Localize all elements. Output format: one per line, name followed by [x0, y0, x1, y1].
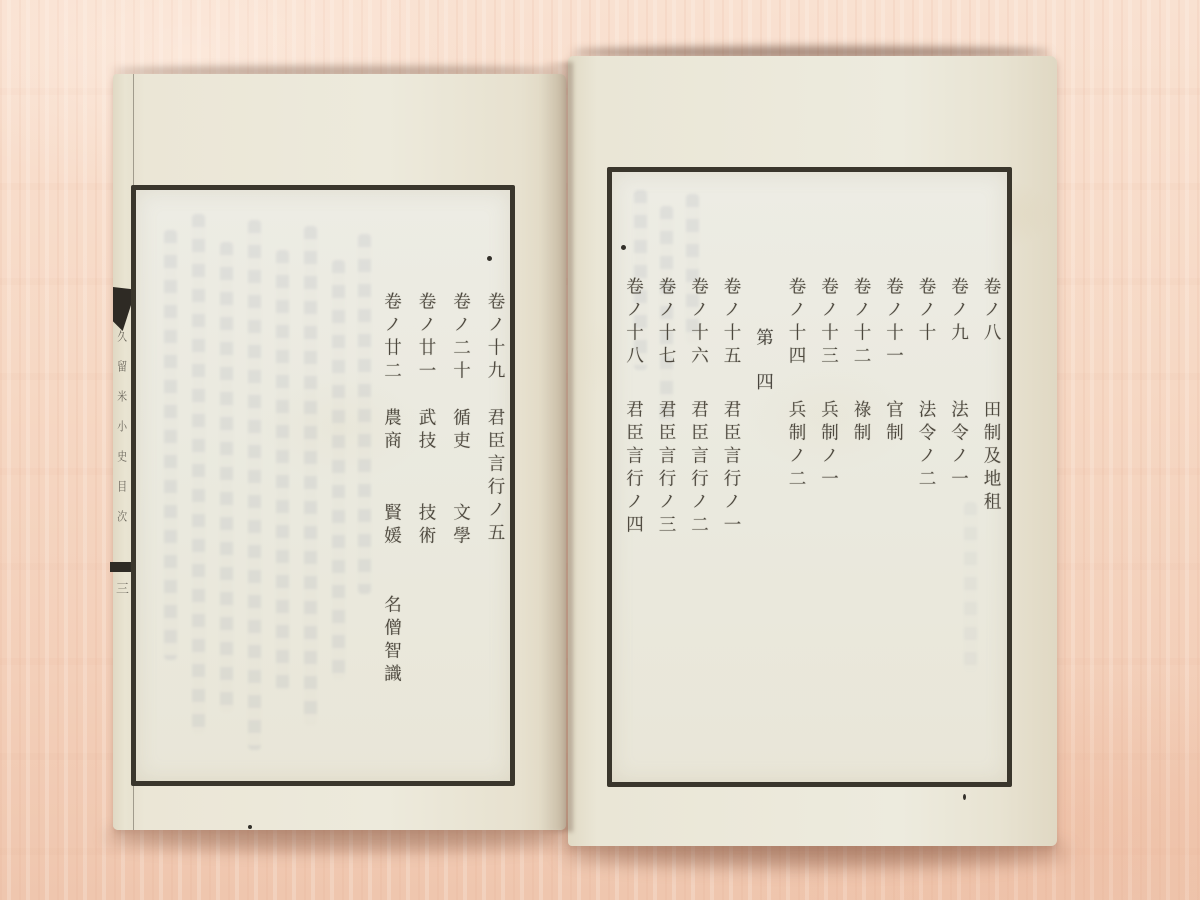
toc-column: 卷ノ十三兵制ノ一 — [817, 277, 841, 817]
toc-volume-label: 卷ノ十九 — [483, 292, 507, 384]
left-edge-running-title: 久留米小史目次 — [116, 330, 127, 540]
ink-speck — [487, 256, 492, 261]
toc-volume-label: 卷ノ十一 — [882, 277, 906, 369]
toc-column: 卷ノ十五君臣言行ノ一 — [719, 277, 743, 817]
toc-title: 君臣言行ノ二 — [687, 400, 711, 538]
toc-title: 法令ノ二 — [914, 400, 938, 492]
toc-volume-label: 卷ノ十二 — [849, 277, 873, 369]
toc-column: 卷ノ十八君臣言行ノ四 — [622, 277, 646, 817]
toc-title: 兵制ノ二 — [784, 400, 808, 492]
toc-volume-label: 卷ノ十八 — [622, 277, 646, 369]
toc-column: 卷ノ十法令ノ二 — [914, 277, 938, 817]
ink-speck — [963, 794, 966, 800]
toc-title: 技術 — [414, 503, 438, 549]
book-photo-scene: 久留米小史目次 三 卷ノ十九君臣言行ノ五卷ノ二十循吏文學卷ノ廿一武技技術卷ノ廿二… — [0, 0, 1200, 900]
toc-column: 卷ノ八田制及地租 — [979, 277, 1003, 817]
bleedthrough-ghost — [164, 230, 177, 660]
toc-title: 武技 — [414, 408, 438, 454]
bleedthrough-ghost — [248, 220, 261, 750]
toc-volume-label: 卷ノ十六 — [687, 277, 711, 369]
folio-number: 三 — [116, 578, 129, 597]
ink-speck — [621, 245, 626, 250]
toc-volume-label: 卷ノ九 — [947, 277, 971, 346]
toc-title: 君臣言行ノ三 — [654, 400, 678, 538]
toc-title: 循吏 — [449, 408, 473, 454]
toc-volume-label: 卷ノ廿二 — [380, 292, 404, 384]
toc-title: 農商 — [380, 408, 404, 454]
toc-volume-label: 卷ノ十四 — [784, 277, 808, 369]
toc-volume-label: 卷ノ十五 — [719, 277, 743, 369]
toc-column: 卷ノ廿一武技技術 — [414, 292, 438, 832]
right-page: 卷ノ八田制及地租卷ノ九法令ノ一卷ノ十法令ノ二卷ノ十一官制卷ノ十二祿制卷ノ十三兵制… — [568, 56, 1057, 846]
toc-column: 卷ノ九法令ノ一 — [947, 277, 971, 817]
toc-column: 卷ノ十七君臣言行ノ三 — [654, 277, 678, 817]
toc-column: 卷ノ二十循吏文學 — [449, 292, 473, 832]
toc-title: 官制 — [882, 400, 906, 446]
bleedthrough-ghost — [304, 226, 317, 726]
toc-title: 田制及地租 — [979, 400, 1003, 515]
toc-volume-label: 卷ノ十 — [914, 277, 938, 346]
toc-title: 法令ノ一 — [947, 400, 971, 492]
bleedthrough-ghost — [276, 250, 289, 690]
bleedthrough-ghost — [332, 260, 345, 680]
toc-title: 祿制 — [849, 400, 873, 446]
toc-title: 名僧智識 — [380, 595, 404, 687]
right-page-frame: 卷ノ八田制及地租卷ノ九法令ノ一卷ノ十法令ノ二卷ノ十一官制卷ノ十二祿制卷ノ十三兵制… — [607, 167, 1012, 787]
bleedthrough-ghost — [358, 234, 371, 594]
toc-volume-label: 卷ノ廿一 — [414, 292, 438, 384]
toc-column: 卷ノ十六君臣言行ノ二 — [687, 277, 711, 817]
toc-volume-label: 卷ノ八 — [979, 277, 1003, 346]
toc-title: 文學 — [449, 503, 473, 549]
toc-title: 君臣言行ノ一 — [719, 400, 743, 538]
toc-title: 君臣言行ノ五 — [483, 408, 507, 546]
toc-part-column: 第四 — [752, 328, 776, 868]
toc-column: 卷ノ十四兵制ノ二 — [784, 277, 808, 817]
toc-title: 君臣言行ノ四 — [622, 400, 646, 538]
toc-volume-label: 卷ノ二十 — [449, 292, 473, 384]
ink-speck — [248, 825, 252, 829]
toc-volume-label: 卷ノ十三 — [817, 277, 841, 369]
toc-column: 卷ノ十九君臣言行ノ五 — [483, 292, 507, 832]
left-page-frame: 卷ノ十九君臣言行ノ五卷ノ二十循吏文學卷ノ廿一武技技術卷ノ廿二農商賢媛名僧智識 — [131, 185, 515, 786]
toc-column: 卷ノ廿二農商賢媛名僧智識 — [380, 292, 404, 832]
bleedthrough-ghost — [192, 214, 205, 734]
toc-column: 卷ノ十二祿制 — [849, 277, 873, 817]
toc-part-label: 第四 — [752, 328, 776, 417]
toc-column: 卷ノ十一官制 — [882, 277, 906, 817]
toc-title: 兵制ノ一 — [817, 400, 841, 492]
toc-volume-label: 卷ノ十七 — [654, 277, 678, 369]
bleedthrough-ghost — [220, 242, 233, 712]
toc-title: 賢媛 — [380, 503, 404, 549]
left-page: 久留米小史目次 三 卷ノ十九君臣言行ノ五卷ノ二十循吏文學卷ノ廿一武技技術卷ノ廿二… — [113, 74, 566, 830]
